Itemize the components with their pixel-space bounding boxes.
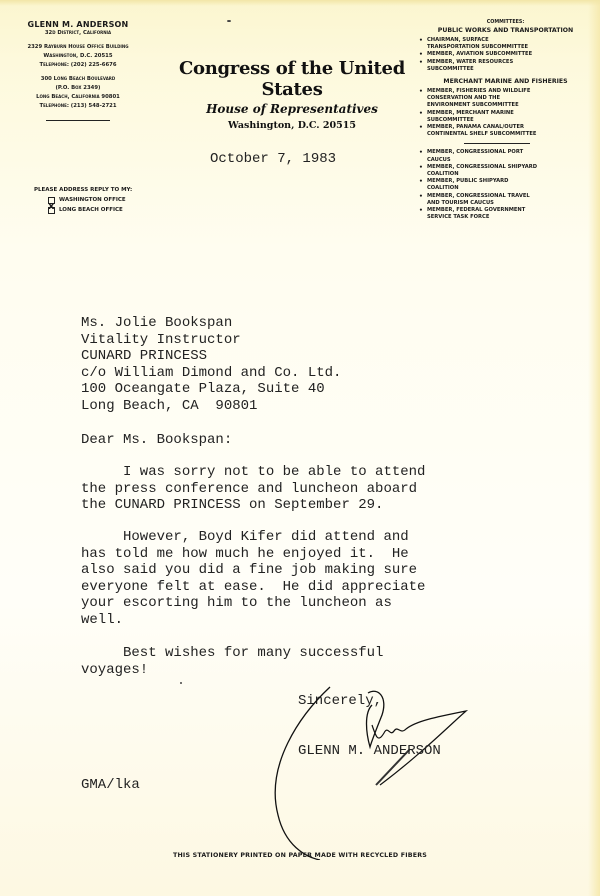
divider bbox=[464, 143, 530, 144]
reference-initials: GMA/lka bbox=[81, 777, 140, 793]
committee-item: CHAIRMAN, SURFACE TRANSPORTATION SUBCOMM… bbox=[418, 37, 593, 51]
long-beach-office-address: 300 Long Beach Boulevard (P.O. Box 2349)… bbox=[18, 75, 138, 111]
committee-item: MEMBER, MERCHANT MARINE SUBCOMMITTEE bbox=[418, 110, 593, 124]
caucus-item: MEMBER, CONGRESSIONAL PORT CAUCUS bbox=[418, 149, 593, 163]
body-paragraph: Best wishes for many successful voyages! bbox=[81, 645, 383, 678]
letterhead-location: Washington, D.C. 20515 bbox=[160, 120, 424, 131]
dc-office-address: 2329 Rayburn House Office Building Washi… bbox=[18, 43, 138, 70]
sender-name: GLENN M. ANDERSON bbox=[18, 20, 138, 29]
letterhead-subtitle: House of Representatives bbox=[160, 102, 424, 116]
committee-item: MEMBER, PANAMA CANAL/OUTER CONTINENTAL S… bbox=[418, 124, 593, 138]
letterhead-title: Congress of the United States bbox=[160, 58, 424, 100]
committee-section-title: PUBLIC WORKS AND TRANSPORTATION bbox=[418, 27, 593, 35]
congress-letterhead: Congress of the United States House of R… bbox=[160, 58, 424, 131]
caucus-item: MEMBER, CONGRESSIONAL SHIPYARD COALITION bbox=[418, 164, 593, 178]
paper-speck bbox=[227, 20, 231, 22]
committee-items: MEMBER, FISHERIES AND WILDLIFE CONSERVAT… bbox=[418, 88, 593, 138]
body-paragraph: However, Boyd Kifer did attend and has t… bbox=[81, 529, 425, 628]
signer-name: GLENN M. ANDERSON bbox=[298, 743, 441, 759]
committee-item: MEMBER, WATER RESOURCES SUBCOMMITTEE bbox=[418, 59, 593, 73]
committee-list: COMMITTEES: PUBLIC WORKS AND TRANSPORTAT… bbox=[418, 20, 593, 221]
committee-items: CHAIRMAN, SURFACE TRANSPORTATION SUBCOMM… bbox=[418, 37, 593, 73]
caucus-items: MEMBER, CONGRESSIONAL PORT CAUCUS MEMBER… bbox=[418, 149, 593, 221]
body-paragraph: I was sorry not to be able to attend the… bbox=[81, 464, 425, 514]
salutation: Dear Ms. Bookspan: bbox=[81, 432, 232, 448]
letter-page: GLENN M. ANDERSON 32d District, Californ… bbox=[0, 0, 600, 896]
caucus-item: MEMBER, FEDERAL GOVERNMENT SERVICE TASK … bbox=[418, 207, 593, 221]
stationery-footer: THIS STATIONERY PRINTED ON PAPER MADE WI… bbox=[0, 852, 600, 859]
committee-item: MEMBER, AVIATION SUBCOMMITTEE bbox=[418, 51, 593, 58]
divider bbox=[46, 120, 110, 121]
committees-header: COMMITTEES: bbox=[418, 20, 593, 25]
caucus-item: MEMBER, CONGRESSIONAL TRAVEL AND TOURISM… bbox=[418, 193, 593, 207]
committee-item: MEMBER, FISHERIES AND WILDLIFE CONSERVAT… bbox=[418, 88, 593, 110]
sender-district: 32d District, California bbox=[18, 29, 138, 38]
handwritten-signature bbox=[260, 685, 480, 860]
reply-option-long-beach: LONG BEACH OFFICE bbox=[34, 205, 132, 215]
sender-letterhead: GLENN M. ANDERSON 32d District, Californ… bbox=[18, 20, 138, 121]
recipient-address: Ms. Jolie Bookspan Vitality Instructor C… bbox=[81, 315, 341, 414]
letter-date: October 7, 1983 bbox=[210, 151, 336, 167]
committee-section-title: MERCHANT MARINE AND FISHERIES bbox=[418, 78, 593, 86]
paper-speck bbox=[180, 682, 182, 684]
caucus-item: MEMBER, PUBLIC SHIPYARD COALITION bbox=[418, 178, 593, 192]
checked-checkbox-icon bbox=[48, 207, 55, 214]
reply-to-label: PLEASE ADDRESS REPLY TO MY: bbox=[34, 185, 132, 195]
reply-to-section: PLEASE ADDRESS REPLY TO MY: WASHINGTON O… bbox=[34, 185, 132, 215]
